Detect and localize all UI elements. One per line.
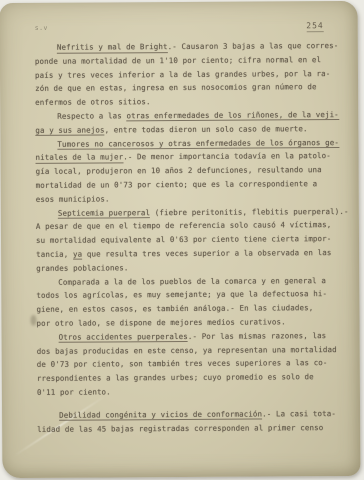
text-segment: Respecto a las [57, 111, 126, 120]
text-segment: giene, en estos casos, es también análog… [36, 303, 313, 314]
text-segment: grandes poblaciones. [36, 263, 128, 273]
document-body: Nefritis y mal de Bright.- Causaron 3 ba… [35, 39, 333, 436]
text-line: lidad de las 45 bajas registradas corres… [37, 421, 333, 437]
text-segment: ponde una mortalidad de un 1'10 por cien… [35, 55, 321, 66]
paragraph-first-line: Debilidad congénita y vicios de conforma… [37, 407, 333, 423]
underlined-text: nitales de la mujer [35, 153, 123, 164]
text-line: 0'11 por ciento. [37, 384, 333, 400]
text-segment: gía local, produjeron en 10 años 2 defun… [36, 165, 322, 176]
text-segment: Comparada a la de los pueblos de la coma… [58, 276, 326, 287]
text-line: zón de que en estas, ingresa en sus noso… [35, 80, 331, 96]
paragraph-first-line: Respecto a las otras enfermedades de los… [35, 108, 331, 124]
text-line: ponde una mortalidad de un 1'10 por cien… [35, 53, 331, 69]
text-segment: rrespondientes a las grandes urbes; cuyo… [37, 372, 314, 383]
text-segment: .- La casi tota- [262, 409, 336, 418]
text-segment: mortalidad de un 0'73 por ciento; que es… [36, 179, 318, 190]
underlined-text: Tumores no cancerosos y otras enfermedad… [57, 138, 339, 150]
text-segment: (fiebre peritonitis, flebitis puerperal)… [150, 207, 349, 217]
underlined-text: Otros accidentes puerperales [59, 332, 188, 343]
scanned-page-background: { "colors": { "paper": "#d2cbae", "ink":… [0, 0, 364, 480]
underlined-text: Septicemia puerperal [58, 208, 150, 219]
text-segment: esos municipios. [36, 194, 110, 203]
text-segment: dos bajas producidas en este censo, ya r… [37, 345, 337, 356]
text-line: rrespondientes a las grandes urbes; cuyo… [37, 370, 333, 386]
underlined-text: otras enfermedades de los riñones, de la… [126, 110, 338, 122]
underlined-text: Nefritis y mal de Bright [57, 42, 168, 53]
text-segment: que resulta tres veces superior a la obs… [82, 248, 331, 259]
page-number: 254 [306, 21, 324, 32]
text-segment: .- Causaron 3 bajas a las que corres- [168, 41, 339, 51]
text-segment: .- Por las mismas razones, las [188, 331, 327, 341]
text-segment: tancia, [36, 250, 73, 259]
text-segment: lidad de las 45 bajas registradas corres… [37, 423, 323, 434]
text-line: tancia, ya que resulta tres veces superi… [36, 246, 332, 262]
document-page: s.v 254 Nefritis y mal de Bright.- Causa… [0, 1, 360, 478]
text-segment: A pesar de que en el tiempo de referenci… [36, 220, 331, 231]
text-segment: país y tres veces inferior a la de las g… [35, 69, 330, 80]
paragraph-first-line: Otros accidentes puerperales.- Por las m… [37, 329, 333, 345]
text-segment: , entre todas dieron un solo caso de mue… [105, 124, 308, 134]
underlined-text: Debilidad congénita y vicios de conforma… [59, 409, 262, 421]
text-line: ga y sus anejos, entre todas dieron un s… [35, 122, 331, 138]
text-segment: .- De menor importancia todavía en la pa… [123, 151, 331, 161]
text-segment: su mortalidad equivalente al 0'63 por ci… [36, 234, 331, 245]
text-segment: de 0'73 por ciento, son también tres vec… [37, 358, 328, 369]
underlined-text: ya [73, 250, 82, 261]
text-line: giene, en estos casos, es también análog… [36, 301, 332, 317]
text-segment: todos los agrícolas, es muy semejante; y… [36, 289, 327, 300]
text-segment: 0'11 por ciento. [37, 387, 111, 396]
text-segment: enfermos de otros sitios. [35, 97, 150, 107]
text-segment: por otro lado, se dispone de mejores med… [36, 317, 285, 328]
underlined-text: ga y sus anejos [35, 125, 104, 136]
text-segment: zón de que en estas, ingresa en sus noso… [35, 83, 317, 94]
text-line: mortalidad de un 0'73 por ciento; que es… [36, 177, 332, 193]
corner-pencil-mark: s.v [35, 24, 48, 32]
